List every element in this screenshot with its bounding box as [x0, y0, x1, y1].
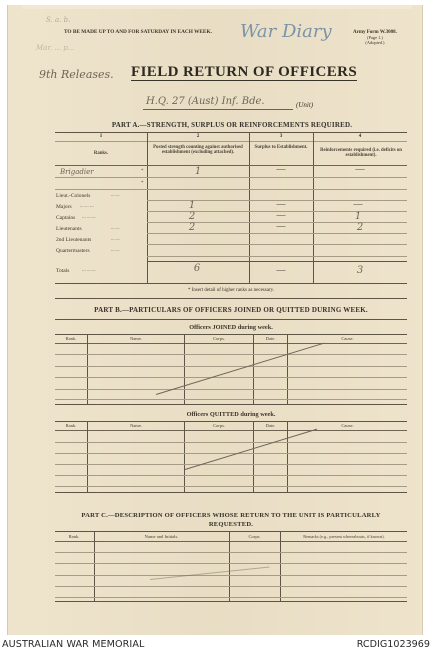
rule — [55, 486, 407, 487]
margin-note: S. a. b. — [46, 16, 70, 24]
rule — [55, 475, 407, 476]
rule — [55, 389, 407, 390]
rank-label: 2nd Lieutenants — [56, 237, 91, 243]
instruction-text: TO BE MADE UP TO AND FOR SATURDAY IN EAC… — [64, 29, 212, 35]
footnote: * Insert detail of higher ranks as neces… — [55, 288, 407, 293]
column-divider — [94, 531, 95, 601]
reinforcements-cell: — — [313, 164, 407, 175]
rule — [55, 453, 407, 454]
unit-value: H.Q. 27 (Aust) Inf. Bde. — [146, 96, 265, 107]
form-note: (Adopted.) — [353, 40, 397, 45]
column-header: Rank. — [55, 423, 87, 428]
archive-reference: RCDIG1023969 — [357, 639, 430, 650]
rule — [55, 283, 407, 284]
column-header: Name and Initials. — [94, 534, 229, 539]
rule — [147, 244, 407, 245]
rule — [55, 177, 407, 178]
surplus-total: — — [249, 265, 313, 276]
totals-label: Totals — [56, 268, 69, 274]
asterisk-marker: * — [141, 181, 144, 186]
rule — [147, 256, 407, 257]
margin-note: Mar. ... p... — [36, 44, 74, 52]
reinforcements-cell: 2 — [313, 222, 407, 233]
column-number: 4 — [313, 134, 407, 139]
rule — [55, 597, 407, 598]
rule — [55, 141, 407, 142]
column-divider — [87, 334, 88, 404]
posted-cell: 2 — [147, 222, 237, 233]
rule — [55, 464, 407, 465]
rule — [55, 366, 407, 367]
leader-dots: ... ... — [111, 237, 120, 242]
column-header: Remarks (e.g., present whereabouts, if k… — [281, 534, 407, 539]
column-divider — [184, 334, 185, 404]
column-header-surplus: Surplus to Establishment. — [254, 145, 308, 150]
rank-label: Majors — [56, 204, 72, 210]
paper-edge — [22, 5, 412, 9]
leader-dots: ... ... ... — [80, 204, 94, 209]
part-c-heading: PART C.—DESCRIPTION OF OFFICERS WHOSE RE… — [55, 511, 407, 529]
rule — [55, 343, 407, 344]
leader-dots: ... ... — [111, 226, 120, 231]
surplus-cell: — — [249, 164, 313, 175]
posted-cell: 2 — [147, 211, 237, 222]
rule — [55, 541, 407, 542]
rank-label: Quartermasters — [56, 248, 90, 254]
rule — [147, 233, 407, 234]
quitted-subheading: Officers QUITTED during week. — [55, 411, 407, 418]
column-divider — [287, 421, 288, 492]
column-header: Corps. — [185, 423, 253, 428]
column-header: Name. — [88, 336, 184, 341]
column-header: Corps. — [185, 336, 253, 341]
rule — [55, 421, 407, 422]
rule — [55, 531, 407, 532]
column-header: Date. — [253, 336, 288, 341]
posted-cell: 1 — [147, 200, 237, 211]
posted-total: 6 — [147, 263, 247, 274]
column-header: Name. — [88, 423, 184, 428]
rule — [55, 563, 407, 564]
leader-dots: ... ... — [111, 248, 120, 253]
column-header-reinforcements: Reinforcements required (i.e. deficits o… — [316, 148, 406, 159]
column-header: Cause. — [288, 336, 407, 341]
rule — [55, 552, 407, 553]
rule — [55, 442, 407, 443]
asterisk-marker: * — [141, 169, 144, 174]
rule — [55, 189, 407, 190]
part-c-heading-line1: PART C.—DESCRIPTION OF OFFICERS WHOSE RE… — [55, 511, 407, 520]
rank-label: Lieut.-Colonels — [56, 193, 90, 199]
rule — [55, 298, 407, 299]
reinforcements-cell: 1 — [313, 211, 403, 222]
column-divider — [229, 531, 230, 601]
rule — [55, 354, 407, 355]
column-header-ranks: Ranks. — [55, 151, 147, 156]
column-header: Rank. — [55, 336, 87, 341]
rank-cell: Brigadier — [60, 168, 94, 176]
rule — [55, 601, 407, 602]
archive-credit: AUSTRALIAN WAR MEMORIAL — [2, 639, 144, 650]
column-header: Rank. — [55, 534, 93, 539]
unit-label: (Unit) — [296, 101, 313, 109]
reinforcements-cell: — — [313, 199, 403, 210]
column-number: 3 — [249, 134, 313, 139]
war-diary-annotation: War Diary — [240, 21, 332, 42]
part-a-heading: PART A.—STRENGTH, SURPLUS OR REINFORCEME… — [56, 121, 408, 129]
column-number: 1 — [55, 134, 147, 139]
rank-label: Captains — [56, 215, 75, 221]
leader-dots: ... ... ... — [82, 268, 96, 273]
leader-dots: ... ... ... — [82, 215, 96, 220]
rule — [55, 586, 407, 587]
surplus-cell: — — [249, 221, 313, 232]
rank-label: Lieutenants — [56, 226, 82, 232]
column-header-posted-strength: Posted strength counting against authori… — [152, 145, 244, 156]
leader-dots: ... ... — [111, 193, 120, 198]
rule — [147, 261, 407, 262]
column-divider — [280, 531, 281, 601]
part-b-heading: PART B.—PARTICULARS OF OFFICERS JOINED O… — [55, 306, 407, 314]
column-header: Cause. — [288, 423, 407, 428]
column-divider — [184, 421, 185, 492]
rule — [55, 575, 407, 576]
surplus-cell: — — [249, 210, 313, 221]
rule — [55, 404, 407, 405]
posted-cell: 1 — [147, 166, 249, 177]
form-number: Army Form W.3008. (Page 1.) (Adopted.) — [353, 30, 397, 46]
rule — [55, 492, 407, 493]
rule — [55, 334, 407, 335]
margin-note: 9th Releases. — [39, 68, 114, 81]
rule — [55, 377, 407, 378]
column-divider — [253, 334, 254, 404]
rule — [55, 399, 407, 400]
rule — [55, 430, 407, 431]
column-header: Corps. — [229, 534, 280, 539]
column-divider — [87, 421, 88, 492]
rule — [55, 132, 407, 133]
part-c-heading-line2: REQUESTED. — [55, 520, 407, 529]
joined-subheading: Officers JOINED during week. — [55, 324, 407, 331]
column-divider — [287, 334, 288, 404]
surplus-cell: — — [249, 199, 313, 210]
column-number: 2 — [147, 134, 249, 139]
reinforcements-total: 3 — [313, 265, 407, 276]
column-divider — [253, 421, 254, 492]
rule — [55, 319, 407, 320]
column-header: Date. — [253, 423, 288, 428]
page-title: FIELD RETURN OF OFFICERS — [131, 64, 357, 81]
